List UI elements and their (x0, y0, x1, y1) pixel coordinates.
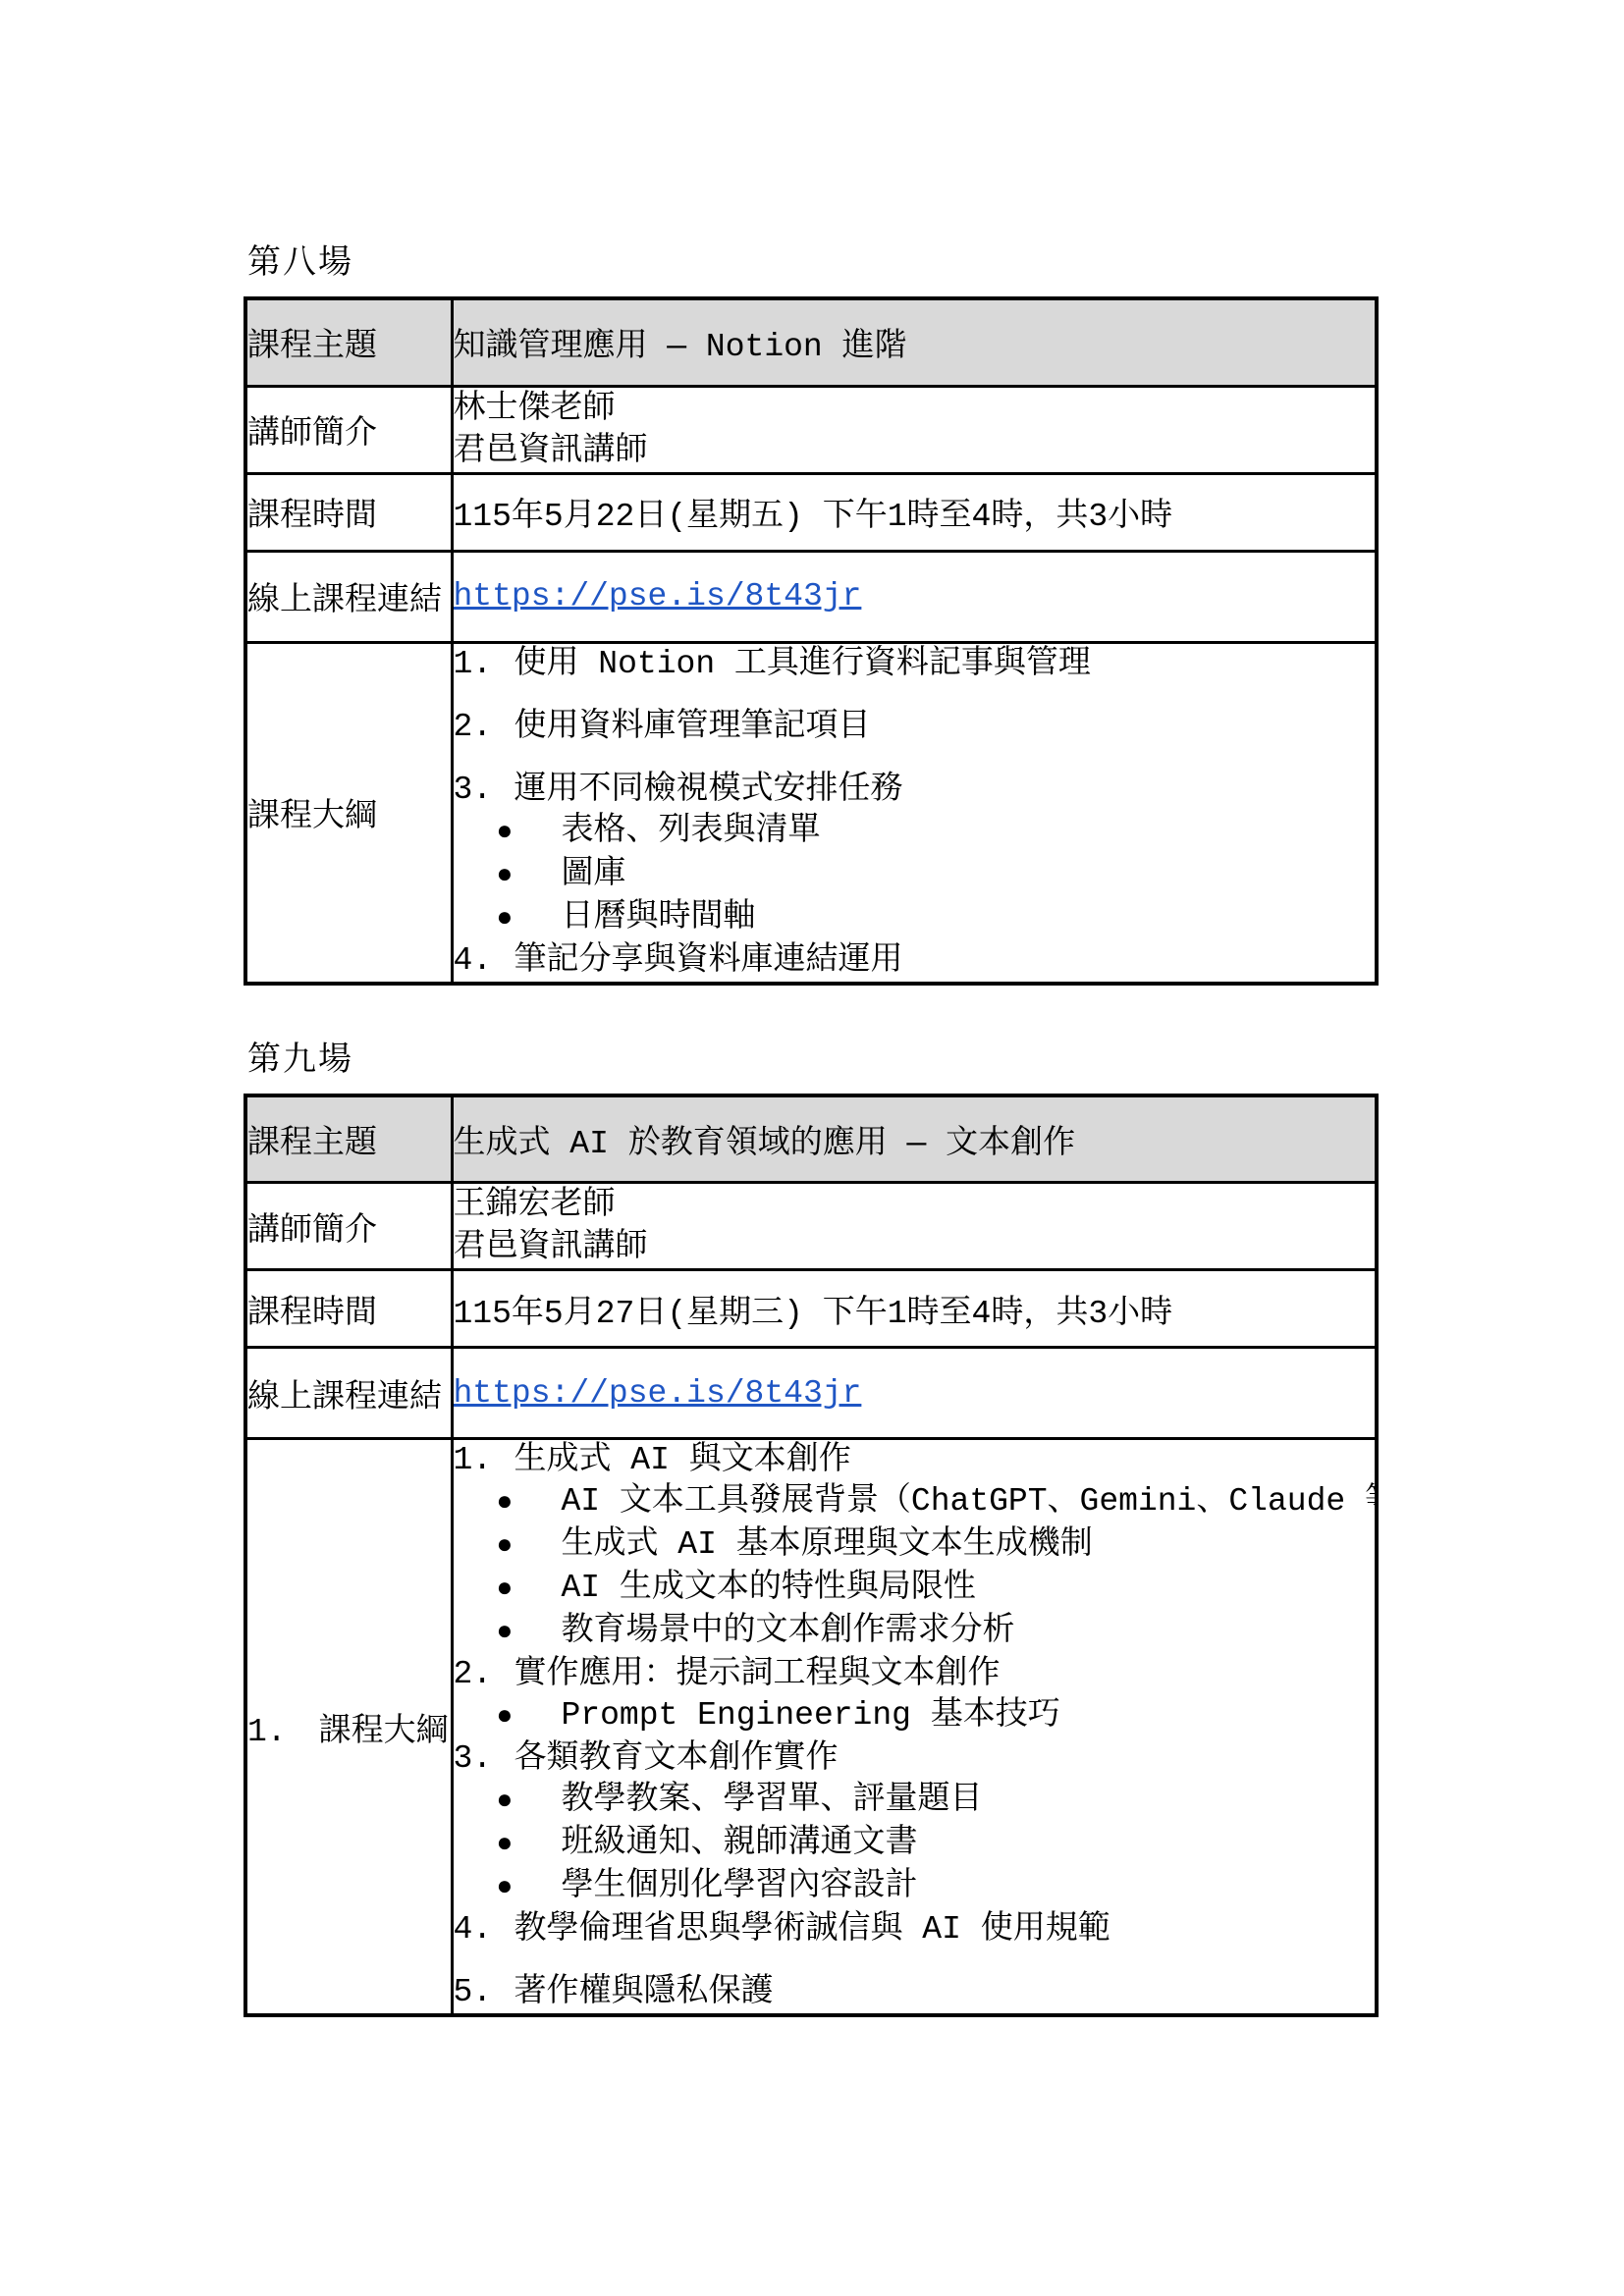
outline-bullet-item: ●表格、列表與清單 (454, 811, 1376, 854)
link-cell: https://pse.is/8t43jr (452, 551, 1377, 642)
time-label: 課程時間 (245, 473, 452, 551)
bullet-icon: ● (497, 1483, 562, 1524)
outline-item-text: 圖庫 (562, 854, 626, 895)
instructor-value: 林士傑老師 君邑資訊講師 (452, 386, 1377, 473)
outline-bullet-item: ●生成式 AI 基本原理與文本生成機制 (454, 1524, 1376, 1568)
outline-item-text: 著作權與隱私保護 (514, 1972, 774, 2013)
instructor-name: 林士傑老師 (454, 388, 1376, 430)
outline-bullet-item: ●教育場景中的文本創作需求分析 (454, 1611, 1376, 1654)
bullet-icon: ● (497, 1782, 562, 1823)
bullet-icon: ● (497, 899, 562, 940)
outline-bullet-item: ●AI 文本工具發展背景（ChatGPT、Gemini、Claude 等） (454, 1481, 1376, 1524)
outline-item-text: 表格、列表與清單 (562, 811, 821, 852)
outline-bullet-item: ●學生個別化學習內容設計 (454, 1866, 1376, 1909)
outline-item-text: AI 生成文本的特性與局限性 (562, 1568, 976, 1609)
time-value: 115年5月27日(星期三) 下午1時至4時，共3小時 (452, 1270, 1377, 1348)
outline-bullet-item: ●圖庫 (454, 854, 1376, 897)
outline-item-text: 運用不同檢視模式安排任務 (514, 770, 903, 811)
item-number: 3. (454, 1738, 514, 1780)
outline-bullet-item: ●日曆與時間軸 (454, 897, 1376, 940)
outline-row: 1. 課程大綱 1.生成式 AI 與文本創作●AI 文本工具發展背景（ChatG… (245, 1439, 1377, 2016)
link-label: 線上課程連結 (245, 551, 452, 642)
outline-numbered-item: 5.著作權與隱私保護 (454, 1972, 1376, 2013)
outline-numbered-item: 3.各類教育文本創作實作 (454, 1738, 1376, 1780)
outline-item-text: 學生個別化學習內容設計 (562, 1866, 918, 1907)
outline-item-text: 教學教案、學習單、評量題目 (562, 1780, 983, 1821)
item-number: 2. (454, 707, 514, 748)
item-number: 5. (454, 1972, 514, 2013)
time-value: 115年5月22日(星期五) 下午1時至4時，共3小時 (452, 473, 1377, 551)
session-9-section: 第九場 課程主題 生成式 AI 於教育領域的應用 — 文本創作 講師簡介 王錦宏… (244, 1042, 1379, 2018)
bullet-icon: ● (497, 1825, 562, 1866)
item-number: 4. (454, 940, 514, 982)
document-content: 第八場 課程主題 知識管理應用 — Notion 進階 講師簡介 林士傑老師 君… (244, 245, 1379, 2017)
instructor-value: 王錦宏老師 君邑資訊講師 (452, 1183, 1377, 1270)
instructor-row: 講師簡介 林士傑老師 君邑資訊講師 (245, 386, 1377, 473)
outline-item-text: 日曆與時間軸 (562, 897, 756, 938)
outline-numbered-item: 1.生成式 AI 與文本創作 (454, 1440, 1376, 1481)
session-9-table: 課程主題 生成式 AI 於教育領域的應用 — 文本創作 講師簡介 王錦宏老師 君… (244, 1094, 1379, 2018)
outline-numbered-item: 4.教學倫理省思與學術誠信與 AI 使用規範 (454, 1909, 1376, 1950)
instructor-title: 君邑資訊講師 (454, 430, 1376, 472)
outline-item-text: 生成式 AI 與文本創作 (514, 1440, 851, 1481)
outline-item-text: AI 文本工具發展背景（ChatGPT、Gemini、Claude 等） (562, 1481, 1378, 1522)
outline-item-text: Prompt Engineering 基本技巧 (562, 1695, 1060, 1736)
outline-label: 課程大綱 (245, 642, 452, 984)
outline-item-text: 使用 Notion 工具進行資料記事與管理 (514, 644, 1091, 685)
outline-numbered-item: 4.筆記分享與資料庫連結運用 (454, 940, 1376, 982)
link-cell: https://pse.is/8t43jr (452, 1348, 1377, 1439)
outline-item-text: 教學倫理省思與學術誠信與 AI 使用規範 (514, 1909, 1110, 1950)
outline-numbered-item: 3.運用不同檢視模式安排任務 (454, 770, 1376, 811)
outline-bullet-item: ●AI 生成文本的特性與局限性 (454, 1568, 1376, 1611)
outline-numbered-item: 1.使用 Notion 工具進行資料記事與管理 (454, 644, 1376, 685)
topic-row: 課程主題 知識管理應用 — Notion 進階 (245, 298, 1377, 386)
outline-item-text: 生成式 AI 基本原理與文本生成機制 (562, 1524, 1093, 1566)
time-label: 課程時間 (245, 1270, 452, 1348)
document-page: 第八場 課程主題 知識管理應用 — Notion 進階 講師簡介 林士傑老師 君… (0, 0, 1624, 2296)
topic-value: 生成式 AI 於教育領域的應用 — 文本創作 (452, 1095, 1377, 1183)
outline-content: 1.生成式 AI 與文本創作●AI 文本工具發展背景（ChatGPT、Gemin… (452, 1439, 1377, 2016)
item-number: 3. (454, 770, 514, 811)
bullet-icon: ● (497, 1526, 562, 1568)
instructor-row: 講師簡介 王錦宏老師 君邑資訊講師 (245, 1183, 1377, 1270)
session-9-title: 第九場 (247, 1042, 1379, 1082)
item-number: 1. (454, 644, 514, 685)
instructor-label: 講師簡介 (245, 386, 452, 473)
topic-label: 課程主題 (245, 1095, 452, 1183)
time-row: 課程時間 115年5月27日(星期三) 下午1時至4時，共3小時 (245, 1270, 1377, 1348)
outline-numbered-item: 2.實作應用：提示詞工程與文本創作 (454, 1654, 1376, 1695)
course-url-link[interactable]: https://pse.is/8t43jr (454, 1375, 862, 1412)
time-row: 課程時間 115年5月22日(星期五) 下午1時至4時，共3小時 (245, 473, 1377, 551)
bullet-icon: ● (497, 1697, 562, 1738)
bullet-icon: ● (497, 856, 562, 897)
bullet-icon: ● (497, 813, 562, 854)
course-url-link[interactable]: https://pse.is/8t43jr (454, 578, 862, 614)
session-8-section: 第八場 課程主題 知識管理應用 — Notion 進階 講師簡介 林士傑老師 君… (244, 245, 1379, 986)
outline-numbered-item: 2.使用資料庫管理筆記項目 (454, 707, 1376, 748)
outline-item-text: 教育場景中的文本創作需求分析 (562, 1611, 1015, 1652)
link-label: 線上課程連結 (245, 1348, 452, 1439)
outline-content: 1.使用 Notion 工具進行資料記事與管理2.使用資料庫管理筆記項目3.運用… (452, 642, 1377, 984)
topic-value: 知識管理應用 — Notion 進階 (452, 298, 1377, 386)
link-row: 線上課程連結 https://pse.is/8t43jr (245, 551, 1377, 642)
topic-row: 課程主題 生成式 AI 於教育領域的應用 — 文本創作 (245, 1095, 1377, 1183)
outline-bullet-item: ●Prompt Engineering 基本技巧 (454, 1695, 1376, 1738)
bullet-icon: ● (497, 1868, 562, 1909)
instructor-label: 講師簡介 (245, 1183, 452, 1270)
session-8-title: 第八場 (247, 245, 1379, 285)
outline-item-text: 筆記分享與資料庫連結運用 (514, 940, 903, 982)
bullet-icon: ● (497, 1570, 562, 1611)
item-number: 1. (454, 1440, 514, 1481)
outline-label: 1. 課程大綱 (245, 1439, 452, 2016)
outline-item-text: 班級通知、親師溝通文書 (562, 1823, 918, 1864)
link-row: 線上課程連結 https://pse.is/8t43jr (245, 1348, 1377, 1439)
outline-row: 課程大綱 1.使用 Notion 工具進行資料記事與管理2.使用資料庫管理筆記項… (245, 642, 1377, 984)
outline-item-text: 使用資料庫管理筆記項目 (514, 707, 871, 748)
instructor-name: 王錦宏老師 (454, 1184, 1376, 1226)
outline-item-text: 各類教育文本創作實作 (514, 1738, 839, 1780)
outline-bullet-item: ●教學教案、學習單、評量題目 (454, 1780, 1376, 1823)
outline-item-text: 實作應用：提示詞工程與文本創作 (514, 1654, 1001, 1695)
item-number: 4. (454, 1909, 514, 1950)
item-number: 2. (454, 1654, 514, 1695)
outline-bullet-item: ●班級通知、親師溝通文書 (454, 1823, 1376, 1866)
session-8-table: 課程主題 知識管理應用 — Notion 進階 講師簡介 林士傑老師 君邑資訊講… (244, 296, 1379, 986)
bullet-icon: ● (497, 1613, 562, 1654)
topic-label: 課程主題 (245, 298, 452, 386)
instructor-title: 君邑資訊講師 (454, 1226, 1376, 1268)
